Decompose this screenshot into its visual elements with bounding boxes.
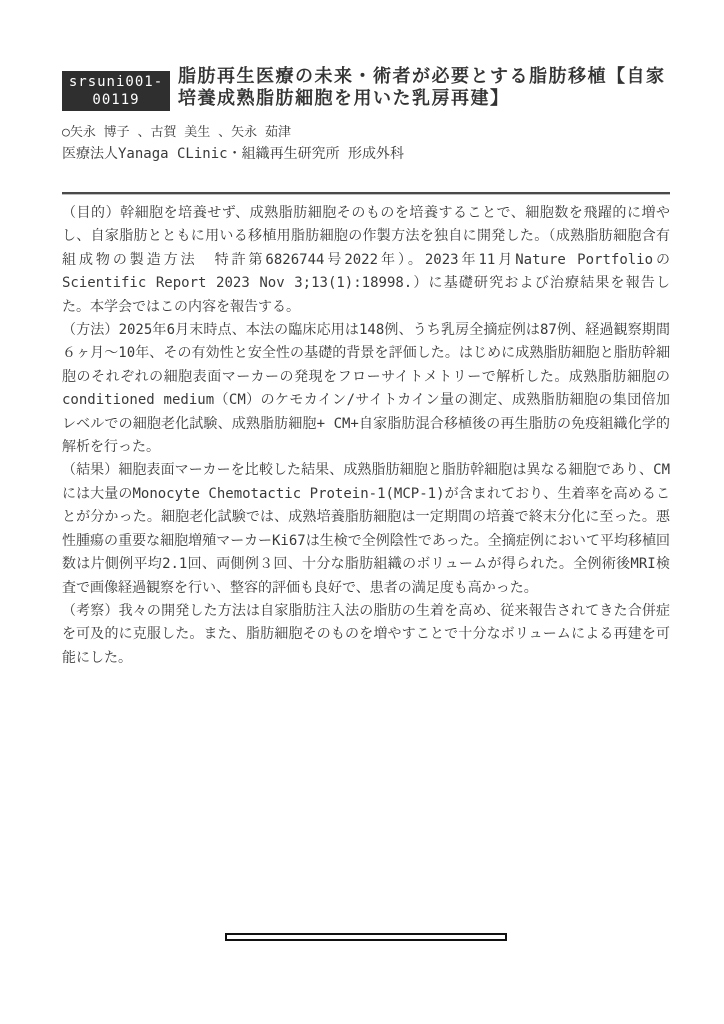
abstract-page: srsuni001- 00119 脂肪再生医療の未来・術者が必要とする脂肪移植【… <box>0 0 724 1024</box>
abstract-id-line1: srsuni001- <box>69 74 163 90</box>
footer-bar <box>225 933 507 941</box>
abstract-body: （目的）幹細胞を培養せず、成熟脂肪細胞そのものを培養することで、細胞数を飛躍的に… <box>62 202 670 670</box>
abstract-id-line2: 00119 <box>92 92 139 108</box>
paragraph-results: （結果）細胞表面マーカーを比較した結果、成熟脂肪細胞と脂肪幹細胞は異なる細胞であ… <box>62 459 670 599</box>
abstract-title: 脂肪再生医療の未来・術者が必要とする脂肪移植【自家培養成熟脂肪細胞を用いた乳房再… <box>178 66 678 110</box>
header-divider <box>62 192 670 195</box>
abstract-id-badge: srsuni001- 00119 <box>62 71 170 111</box>
affiliation-line: 医療法人Yanaga CLinic・組織再生研究所 形成外科 <box>62 145 404 163</box>
paragraph-discussion: （考察）我々の開発した方法は自家脂肪注入法の脂肪の生着を高め、従来報告されてきた… <box>62 600 670 670</box>
paragraph-objective: （目的）幹細胞を培養せず、成熟脂肪細胞そのものを培養することで、細胞数を飛躍的に… <box>62 202 670 319</box>
paragraph-methods: （方法）2025年6月末時点、本法の臨床応用は148例、うち乳房全摘症例は87例… <box>62 319 670 459</box>
authors-line: ○矢永 博子 、古賀 美生 、矢永 茹津 <box>62 124 291 141</box>
